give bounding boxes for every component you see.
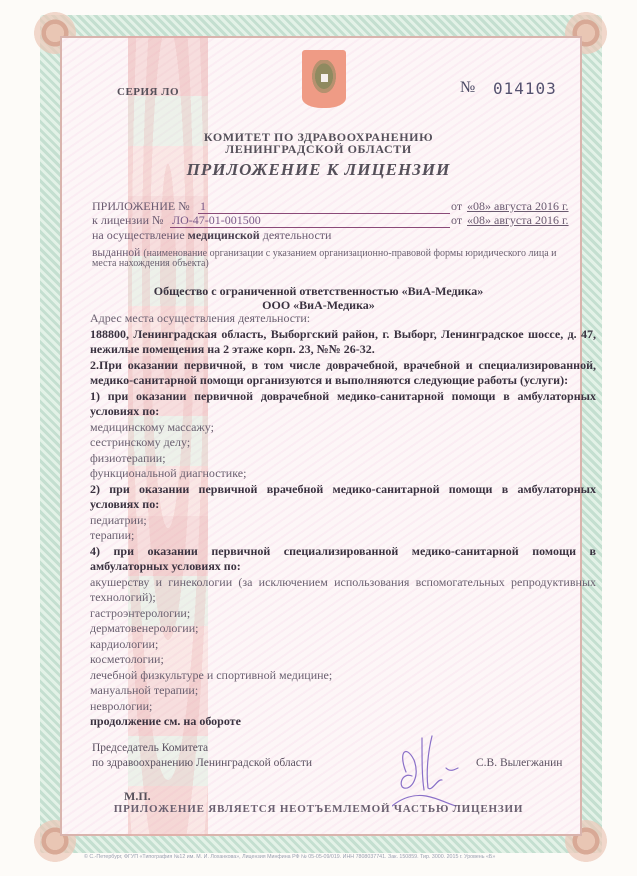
continuation-note: продолжение см. на обороте — [90, 714, 596, 730]
list-item: сестринскому делу; — [90, 435, 596, 451]
section-intro: 2.При оказании первичной, в том числе до… — [90, 358, 596, 389]
issued-note-continued: места нахождения объекта) — [92, 258, 209, 269]
appendix-date-prefix: от — [451, 199, 462, 214]
list-item: мануальной терапии; — [90, 683, 596, 699]
activity-type: медицинской — [188, 228, 260, 242]
list-item: физиотерапии; — [90, 451, 596, 467]
list-item: терапии; — [90, 528, 596, 544]
list-item: неврологии; — [90, 699, 596, 715]
document-body: Адрес места осуществления деятельности: … — [90, 311, 596, 730]
list-item: функциональной диагностике; — [90, 466, 596, 482]
group-heading: 1) при оказании первичной доврачебной ме… — [90, 389, 596, 420]
coat-of-arms-icon — [302, 50, 346, 108]
list-item: лечебной физкультуре и спортивной медици… — [90, 668, 596, 684]
appendix-number: 1 — [200, 199, 206, 214]
address: 188800, Ленинградская область, Выборгски… — [90, 327, 596, 358]
license-date-prefix: от — [451, 213, 462, 228]
integral-part-note: ПРИЛОЖЕНИЕ ЯВЛЯЕТСЯ НЕОТЪЕМЛЕМОЙ ЧАСТЬЮ … — [0, 803, 637, 815]
list-item: дерматовенерологии; — [90, 621, 596, 637]
signatory-position-line2: по здравоохранению Ленинградской области — [92, 757, 312, 769]
list-item: медицинскому массажу; — [90, 420, 596, 436]
activity-suffix: деятельности — [263, 228, 332, 242]
group-heading: 2) при оказании первичной врачебной меди… — [90, 482, 596, 513]
handwritten-signature-icon — [392, 732, 472, 812]
list-item: акушерству и гинекологии (за исключением… — [90, 575, 596, 606]
committee-name-line2: ЛЕНИНГРАДСКОЙ ОБЛАСТИ — [0, 142, 637, 157]
list-item: педиатрии; — [90, 513, 596, 529]
signatory-position-line1: Председатель Комитета — [92, 742, 208, 754]
signatory-name: С.В. Вылегжанин — [476, 757, 562, 769]
activity-prefix: на осуществление — [92, 228, 185, 242]
printer-info: © С.-Петербург, ФГУП «Типография №12 им.… — [84, 854, 495, 860]
series-label: СЕРИЯ ЛО — [117, 86, 179, 98]
list-item: гастроэнтерологии; — [90, 606, 596, 622]
license-date: «08» августа 2016 г. — [467, 213, 569, 228]
list-item: кардиологии; — [90, 637, 596, 653]
document-title: ПРИЛОЖЕНИЕ К ЛИЦЕНЗИИ — [0, 160, 637, 180]
seal-label: М.П. — [124, 789, 151, 804]
appendix-label: ПРИЛОЖЕНИЕ № — [92, 199, 190, 214]
document-number: 014103 — [493, 79, 557, 98]
shield-icon — [321, 74, 328, 82]
license-label: к лицензии № — [92, 213, 163, 228]
activity-line: на осуществление медицинской деятельност… — [92, 228, 331, 243]
license-number: ЛО-47-01-001500 — [172, 213, 261, 228]
number-sign: № — [460, 79, 475, 97]
list-item: косметологии; — [90, 652, 596, 668]
organization-full-name: Общество с ограниченной ответственностью… — [0, 284, 637, 299]
group-heading: 4) при оказании первичной специализирова… — [90, 544, 596, 575]
appendix-date: «08» августа 2016 г. — [467, 199, 569, 214]
address-label: Адрес места осуществления деятельности: — [90, 311, 596, 327]
